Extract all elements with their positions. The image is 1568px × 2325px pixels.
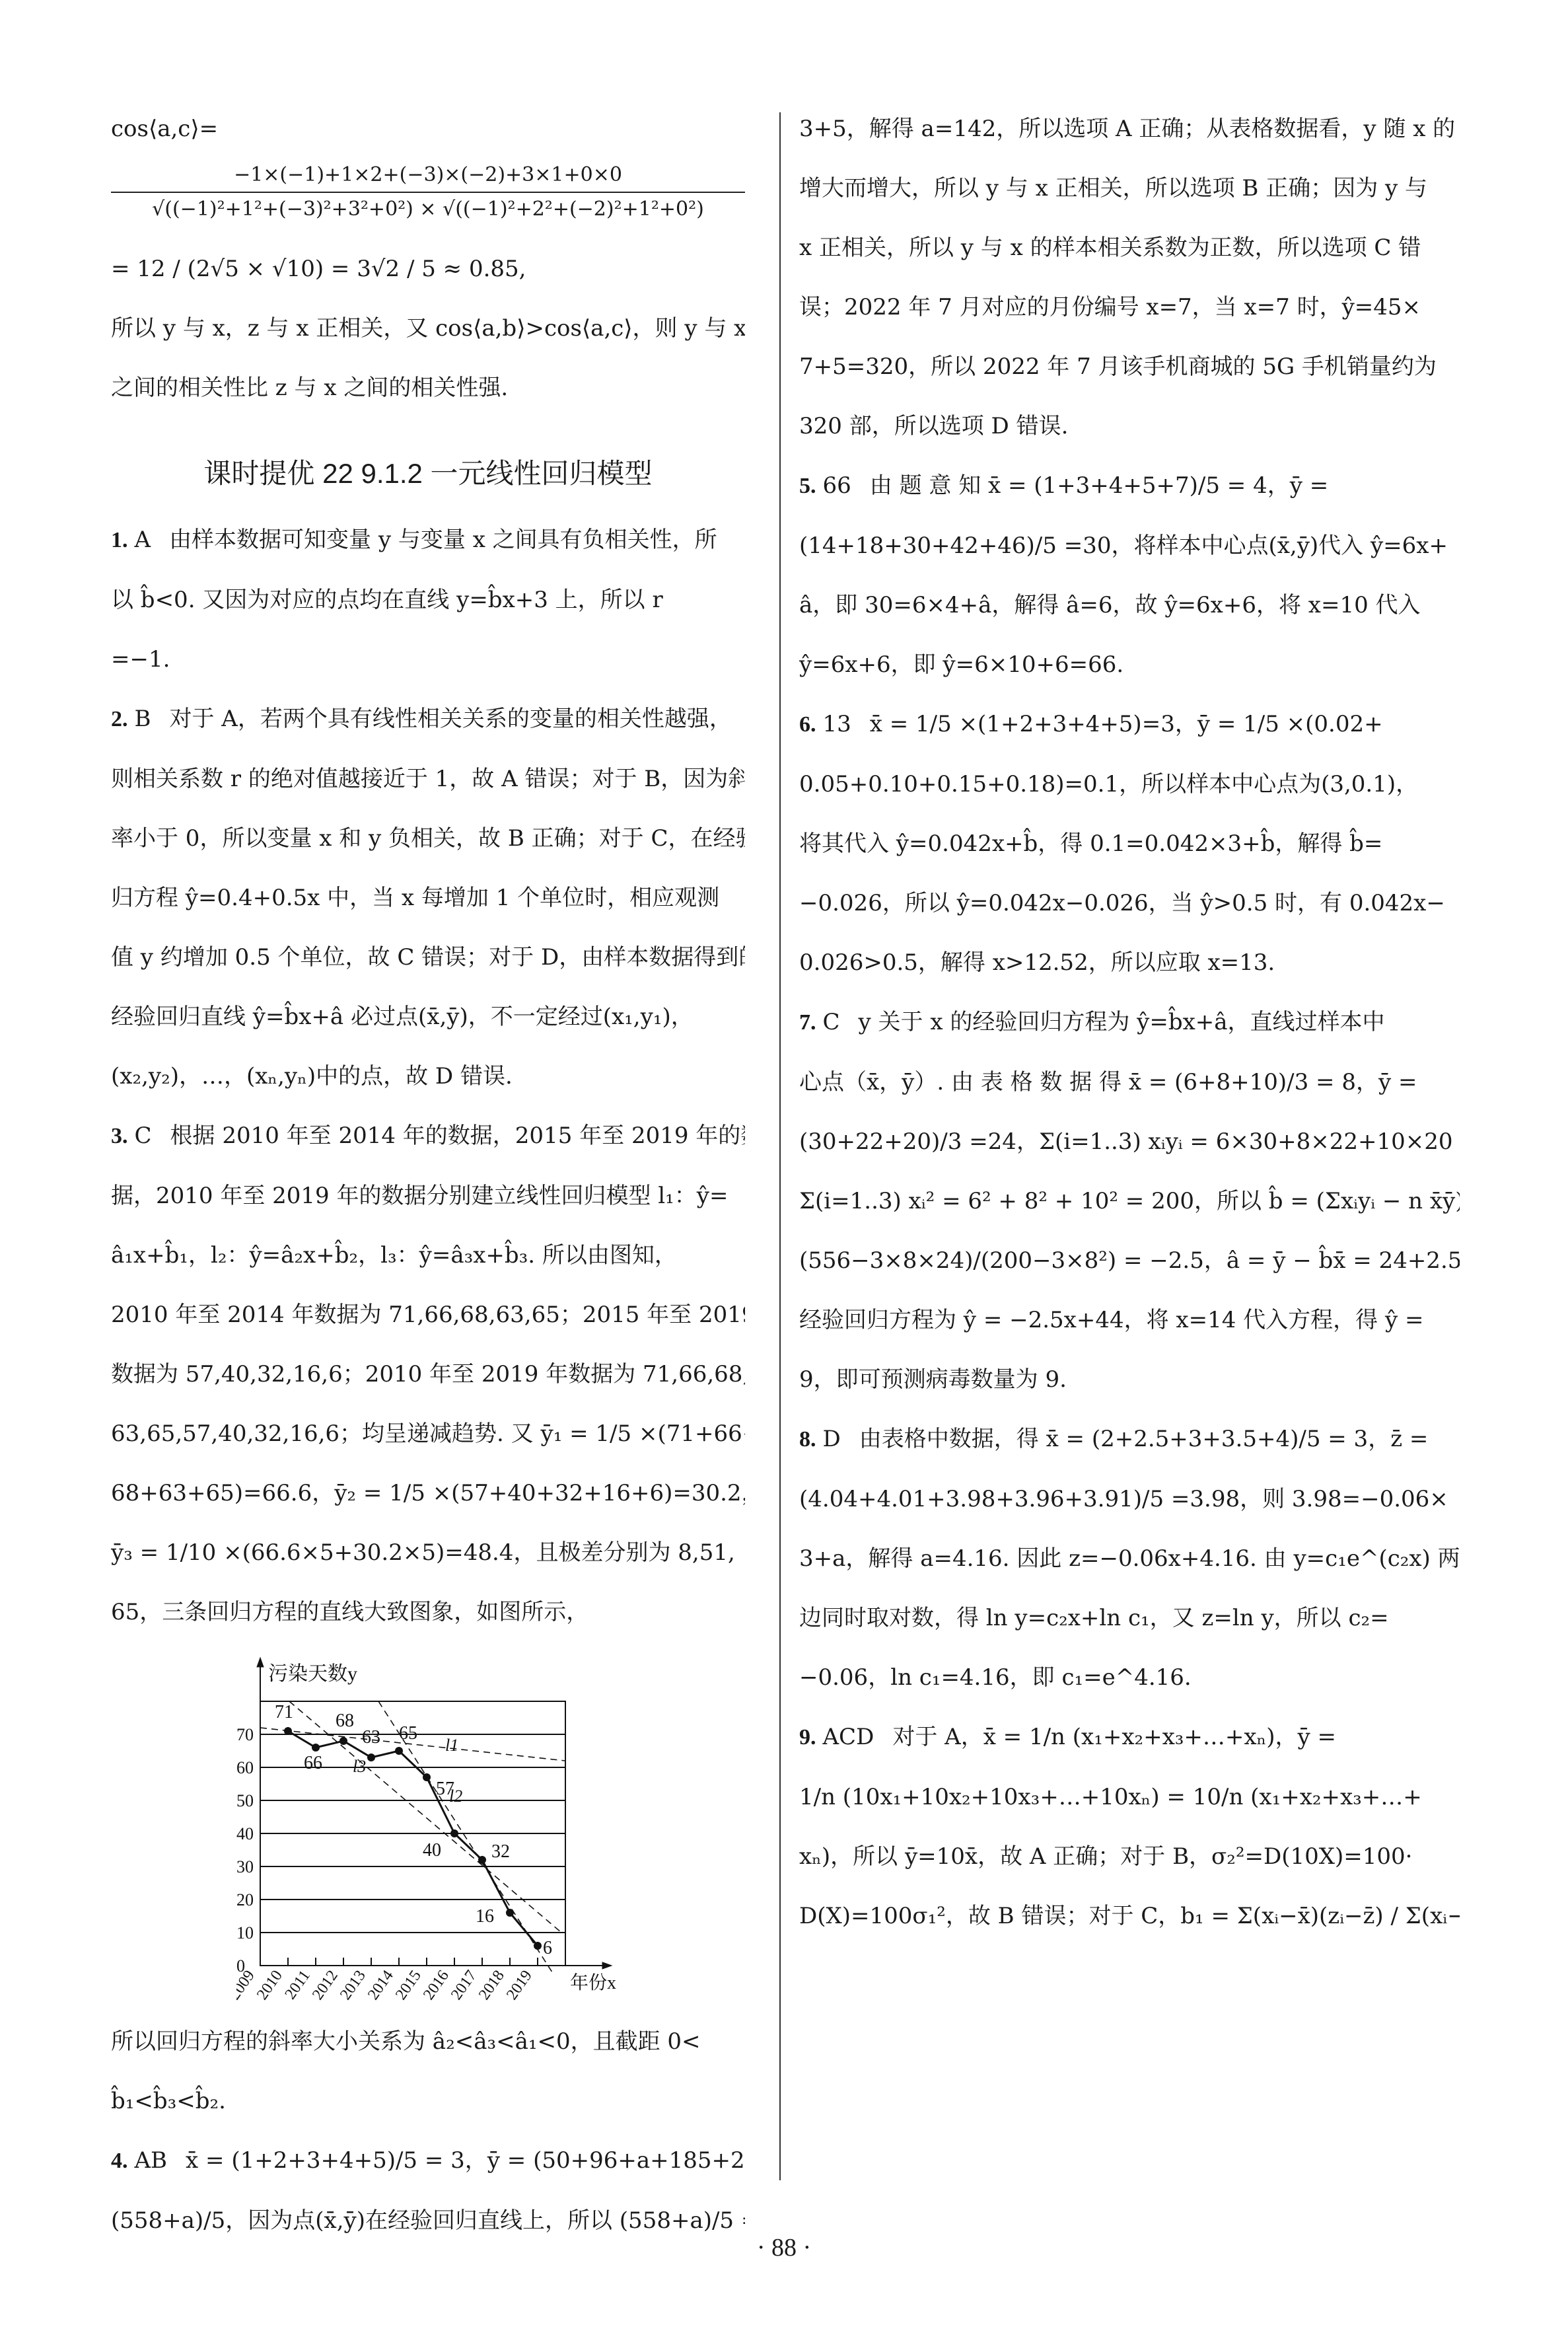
svg-text:2013: 2013 [337,1968,369,2003]
answer: D [823,1426,841,1452]
text-line: 值 y 约增加 0.5 个单位，故 C 错误；对于 D，由样本数据得到的 [111,928,745,987]
text-line: 68+63+65)=66.6，ȳ₂ = 1/5 ×(57+40+32+16+6)… [111,1463,745,1523]
text-line: 所以回归方程的斜率大小关系为 â₂<â₃<â₁<0，且截距 0< [111,2012,745,2071]
text-line: 63,65,57,40,32,16,6；均呈递减趋势. 又 ȳ₁ = 1/5 ×… [111,1404,745,1463]
svg-text:66: 66 [304,1753,322,1773]
svg-text:16: 16 [476,1906,494,1927]
svg-text:60: 60 [236,1758,254,1777]
question-number: 2. [111,707,128,731]
text-line: xₙ)，所以 ȳ=10x̄，故 A 正确；对于 B，σ₂²=D(10X)=100… [799,1827,1460,1886]
text-line: ȳ₃ = 1/10 ×(66.6×5+30.2×5)=48.4，且极差分别为 8… [111,1523,745,1582]
text-line: 对于 A，若两个具有线性相关关系的变量的相关性越强， [170,706,732,732]
pollution-days-chart: 污染天数y 010203040506070 200920102011201220… [236,1655,646,2012]
answer: C [135,1123,152,1149]
answer: AB [135,2147,168,2174]
text-line: (14+18+30+42+46)/5 =30，将样本中心点(x̄,ȳ)代入 ŷ=… [799,516,1460,575]
svg-text:20: 20 [236,1890,254,1909]
svg-text:63: 63 [362,1727,380,1748]
svg-text:2019: 2019 [503,1968,536,2003]
text-line: 对于 A，x̄ = 1/n (x₁+x₂+x₃+…+xₙ)，ȳ = [892,1724,1336,1750]
question-5: 5.66由 题 意 知 x̄ = (1+3+4+5+7)/5 = 4，ȳ = (… [799,456,1460,694]
svg-text:2016: 2016 [420,1968,452,2003]
svg-text:32: 32 [491,1841,510,1862]
svg-text:70: 70 [236,1725,254,1744]
text-line: 2010 年至 2014 年数据为 71,66,68,63,65；2015 年至… [111,1285,745,1345]
text-line: 3+a，解得 a=4.16. 因此 z=−0.06x+4.16. 由 y=c₁e… [799,1529,1460,1588]
question-number: 1. [111,528,128,552]
question-number: 8. [799,1427,816,1452]
question-number: 5. [799,474,816,498]
text-line: Σ(i=1..3) xᵢ² = 6² + 8² + 10² = 200，所以 b… [799,1171,1460,1231]
question-8: 8.D由表格中数据，得 x̄ = (2+2.5+3+3.5+4)/5 = 3，z… [799,1409,1460,1707]
svg-text:l1: l1 [445,1736,458,1755]
question-7: 7.Cy 关于 x 的经验回归方程为 ŷ=b̂x+â，直线过样本中 心点（x̄，… [799,992,1460,1409]
question-4-continued: 3+5，解得 a=142，所以选项 A 正确；从表格数据看，y 随 x 的 增大… [799,99,1460,456]
question-number: 4. [111,2149,128,2173]
svg-text:57: 57 [436,1779,454,1799]
svg-text:10: 10 [236,1923,254,1942]
text-line: 3+5，解得 a=142，所以选项 A 正确；从表格数据看，y 随 x 的 [799,99,1460,159]
right-column: 3+5，解得 a=142，所以选项 A 正确；从表格数据看，y 随 x 的 增大… [799,99,1460,1946]
text-line: b̂₁<b̂₃<b̂₂. [111,2071,745,2131]
text-line: 经验回归方程为 ŷ = −2.5x+44，将 x=14 代入方程，得 ŷ = [799,1290,1460,1350]
svg-text:30: 30 [236,1857,254,1876]
text-line: (4.04+4.01+3.98+3.96+3.91)/5 =3.98，则 3.9… [799,1469,1460,1529]
text-line: â，即 30=6×4+â，解得 â=6，故 ŷ=6x+6，将 x=10 代入 [799,575,1460,635]
cos-ac-numerator: −1×(−1)+1×2+(−3)×(−2)+3×1+0×0 [111,159,745,192]
answer: C [823,1009,840,1035]
text-line: 率小于 0，所以变量 x 和 y 负相关，故 B 正确；对于 C，在经验回 [111,809,745,868]
answer: B [135,706,151,732]
text-line: =−1. [111,630,745,689]
text-line: x 正相关，所以 y 与 x 的样本相关系数为正数，所以选项 C 错 [799,218,1460,277]
question-number: 9. [799,1725,816,1750]
text-line: 9，即可预测病毒数量为 9. [799,1350,1460,1409]
text-line: 心点（x̄，ȳ）. 由 表 格 数 据 得 x̄ = (6+8+10)/3 = … [799,1052,1460,1112]
text-line: 以 b̂<0. 又因为对应的点均在直线 y=b̂x+3 上，所以 r [111,570,745,630]
question-6: 6.13x̄ = 1/5 ×(1+2+3+4+5)=3，ȳ = 1/5 ×(0.… [799,694,1460,992]
question-number: 3. [111,1124,128,1148]
svg-text:2014: 2014 [365,1968,397,2003]
svg-text:污染天数y: 污染天数y [268,1663,357,1685]
text-line: 误；2022 年 7 月对应的月份编号 x=7，当 x=7 时，ŷ=45× [799,277,1460,337]
svg-text:2017: 2017 [448,1968,480,2003]
text-line: y 关于 x 的经验回归方程为 ŷ=b̂x+â，直线过样本中 [859,1009,1385,1035]
text-line: D(X)=100σ₁²，故 B 错误；对于 C，b₁ = Σ(xᵢ−x̄)(zᵢ… [799,1886,1460,1946]
svg-text:68: 68 [336,1711,354,1731]
left-column: cos⟨a,c⟩= −1×(−1)+1×2+(−3)×(−2)+3×1+0×0 … [111,99,745,2250]
text-line: 65，三条回归方程的直线大致图象，如图所示， [111,1582,745,1642]
question-3: 3.C根据 2010 年至 2014 年的数据，2015 年至 2019 年的数… [111,1106,745,2131]
cos-ac-denominator: √((−1)²+1²+(−3)²+3²+0²) × √((−1)²+2²+(−2… [111,193,745,226]
cos-ac-fraction: −1×(−1)+1×2+(−3)×(−2)+3×1+0×0 √((−1)²+1²… [111,159,745,226]
text-line: 1/n (10x₁+10x₂+10x₃+…+10xₙ) = 10/n (x₁+x… [799,1767,1460,1827]
svg-text:6: 6 [543,1938,552,1958]
text-line: 边同时取对数，得 ln y=c₂x+ln c₁，又 z=ln y，所以 c₂= [799,1588,1460,1648]
text-line: 根据 2010 年至 2014 年的数据，2015 年至 2019 年的数 [170,1123,745,1149]
cos-ac-result: = 12 / (2√5 × √10) = 3√2 / 5 ≈ 0.85, [111,239,745,299]
answer: ACD [823,1724,874,1750]
column-divider [779,112,781,2180]
svg-text:65: 65 [399,1723,417,1744]
svg-text:2012: 2012 [309,1968,341,2003]
section-title: 课时提优 22 9.1.2 一元线性回归模型 [111,444,745,503]
question-9: 9.ACD对于 A，x̄ = 1/n (x₁+x₂+x₃+…+xₙ)，ȳ = 1… [799,1707,1460,1946]
question-1: 1.A由样本数据可知变量 y 与变量 x 之间具有负相关性，所 以 b̂<0. … [111,510,745,689]
svg-text:2009: 2009 [236,1968,258,2003]
svg-text:l3: l3 [353,1757,366,1776]
question-2: 2.B对于 A，若两个具有线性相关关系的变量的相关性越强， 则相关系数 r 的绝… [111,689,745,1106]
answer: 66 [823,472,851,499]
text-line: 经验回归直线 ŷ=b̂x+â 必过点(x̄,ȳ)，不一定经过(x₁,y₁)， [111,987,745,1047]
text-line: x̄ = 1/5 ×(1+2+3+4+5)=3，ȳ = 1/5 ×(0.02+ [870,711,1383,737]
text-line: 7+5=320，所以 2022 年 7 月该手机商城的 5G 手机销量约为 [799,337,1460,396]
svg-text:40: 40 [236,1824,254,1843]
svg-text:50: 50 [236,1791,254,1810]
text-line: â₁x+b̂₁，l₂：ŷ=â₂x+b̂₂，l₃：ŷ=â₃x+b̂₃. 所以由图知… [111,1226,745,1285]
text-line: (30+22+20)/3 =24，Σ(i=1..3) xᵢyᵢ = 6×30+8… [799,1112,1460,1171]
text-line: 由样本数据可知变量 y 与变量 x 之间具有负相关性，所 [169,527,717,553]
text-line: 归方程 ŷ=0.4+0.5x 中，当 x 每增加 1 个单位时，相应观测 [111,868,745,928]
text-line: −0.026，所以 ŷ=0.042x−0.026，当 ŷ>0.5 时，有 0.0… [799,873,1460,933]
conclusion-line-2: 之间的相关性比 z 与 x 之间的相关性强. [111,358,745,418]
text-line: 0.026>0.5，解得 x>12.52，所以应取 x=13. [799,933,1460,992]
page-number: · 88 · [0,2233,1568,2262]
text-line: 由表格中数据，得 x̄ = (2+2.5+3+3.5+4)/5 = 3，z̄ = [859,1426,1429,1452]
question-number: 6. [799,712,816,737]
svg-text:2018: 2018 [476,1968,508,2003]
question-number: 7. [799,1010,816,1035]
svg-text:2015: 2015 [392,1968,425,2003]
text-line: 320 部，所以选项 D 错误. [799,396,1460,456]
text-line: 数据为 57,40,32,16,6；2010 年至 2019 年数据为 71,6… [111,1345,745,1404]
cos-ac-label: cos⟨a,c⟩= [111,99,745,159]
text-line: 由 题 意 知 x̄ = (1+3+4+5+7)/5 = 4，ȳ = [870,472,1328,499]
text-line: 据，2010 年至 2019 年的数据分别建立线性回归模型 l₁：ŷ= [111,1166,745,1226]
text-line: (x₂,y₂)，…，(xₙ,yₙ)中的点，故 D 错误. [111,1047,745,1106]
text-line: 则相关系数 r 的绝对值越接近于 1，故 A 错误；对于 B，因为斜 [111,749,745,809]
text-line: −0.06，ln c₁=4.16，即 c₁=e^4.16. [799,1648,1460,1707]
text-line: 0.05+0.10+0.15+0.18)=0.1，所以样本中心点为(3,0.1)… [799,755,1460,814]
conclusion-line-1: 所以 y 与 x，z 与 x 正相关，又 cos⟨a,b⟩>cos⟨a,c⟩，则… [111,299,745,358]
line-chart-svg: 污染天数y 010203040506070 200920102011201220… [236,1655,646,2012]
answer: 13 [823,711,851,737]
text-line: x̄ = (1+2+3+4+5)/5 = 3，ȳ = (50+96+a+185+… [186,2147,745,2174]
question-4: 4.ABx̄ = (1+2+3+4+5)/5 = 3，ȳ = (50+96+a+… [111,2131,745,2250]
svg-text:年份x: 年份x [570,1972,616,1993]
svg-text:71: 71 [275,1702,293,1722]
svg-text:2011: 2011 [282,1968,314,2003]
text-line: 将其代入 ŷ=0.042x+b̂，得 0.1=0.042×3+b̂，解得 b̂= [799,814,1460,873]
svg-text:40: 40 [423,1840,441,1861]
text-line: 增大而增大，所以 y 与 x 正相关，所以选项 B 正确；因为 y 与 [799,159,1460,218]
text-line: (556−3×8×24)/(200−3×8²) = −2.5，â = ȳ − b… [799,1231,1460,1290]
svg-text:2010: 2010 [254,1968,286,2003]
answer: A [135,527,151,553]
text-line: ŷ=6x+6，即 ŷ=6×10+6=66. [799,635,1460,694]
